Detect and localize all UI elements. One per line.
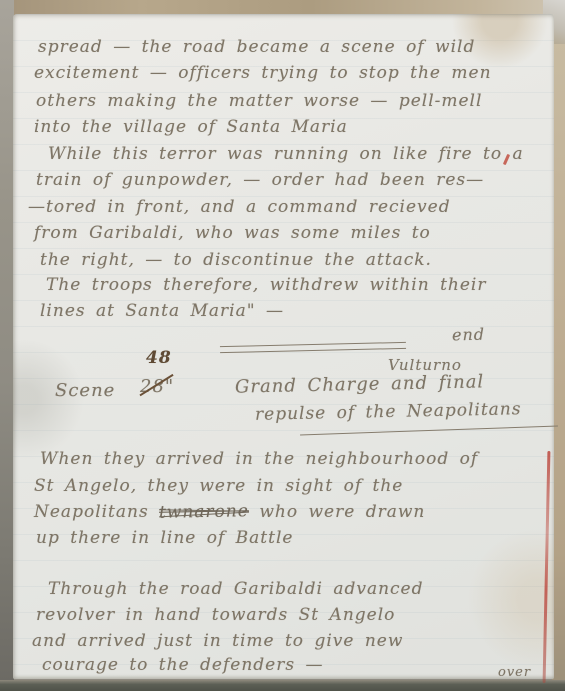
- scene-title-line2: repulse of the Neapolitans: [255, 399, 522, 425]
- manuscript-line: courage to the defenders —: [42, 655, 323, 675]
- manuscript-line: lines at Santa Maria" —: [40, 301, 284, 321]
- manuscript-line: —tored in front, and a command recieved: [28, 197, 451, 217]
- manuscript-line: The troops therefore, withdrew within th…: [46, 275, 487, 295]
- manuscript-line: revolver in hand towards St Angelo: [36, 605, 395, 625]
- manuscript-line: up there in line of Battle: [36, 528, 293, 548]
- manuscript-line: and arrived just in time to give new: [32, 631, 403, 651]
- section-divider-rule: [220, 342, 406, 353]
- manuscript-line: others making the matter worse — pell-me…: [36, 91, 482, 111]
- end-marker: end: [452, 325, 485, 345]
- manuscript-line: While this terror was running on like fi…: [48, 144, 524, 164]
- manuscript-line: into the village of Santa Maria: [34, 117, 348, 137]
- manuscript-line: spread — the road became a scene of wild: [38, 37, 475, 57]
- previous-page-edge: [0, 0, 565, 15]
- page-turn-note: over: [498, 665, 531, 680]
- manuscript-line: Neapolitans twnarone who were drawn: [34, 502, 425, 522]
- binding-gutter: [0, 0, 14, 691]
- line-prefix: Neapolitans: [34, 502, 149, 522]
- manuscript-line: When they arrived in the neighbourhood o…: [40, 449, 478, 469]
- line-suffix: who were drawn: [259, 502, 425, 522]
- red-margin-line: [543, 451, 550, 683]
- scene-label: Scene: [55, 380, 115, 401]
- manuscript-line: train of gunpowder, — order had been res…: [36, 170, 484, 190]
- manuscript-line: St Angelo, they were in sight of the: [34, 476, 403, 496]
- manuscript-page: spread — the road became a scene of wild…: [13, 14, 554, 679]
- corrected-scene-number: 48: [146, 348, 172, 368]
- table-surface: [0, 680, 565, 691]
- struck-scene-number: 28": [140, 376, 174, 397]
- manuscript-line: Through the road Garibaldi advanced: [48, 579, 424, 599]
- scene-title-line1: Grand Charge and final: [235, 371, 485, 397]
- scratched-out-word: twnarone: [159, 501, 249, 523]
- scene-title-underline: [300, 425, 558, 435]
- manuscript-line: from Garibaldi, who was some miles to: [34, 223, 431, 243]
- manuscript-line: the right, — to discontinue the attack.: [40, 250, 432, 270]
- manuscript-line: excitement — officers trying to stop the…: [34, 63, 492, 83]
